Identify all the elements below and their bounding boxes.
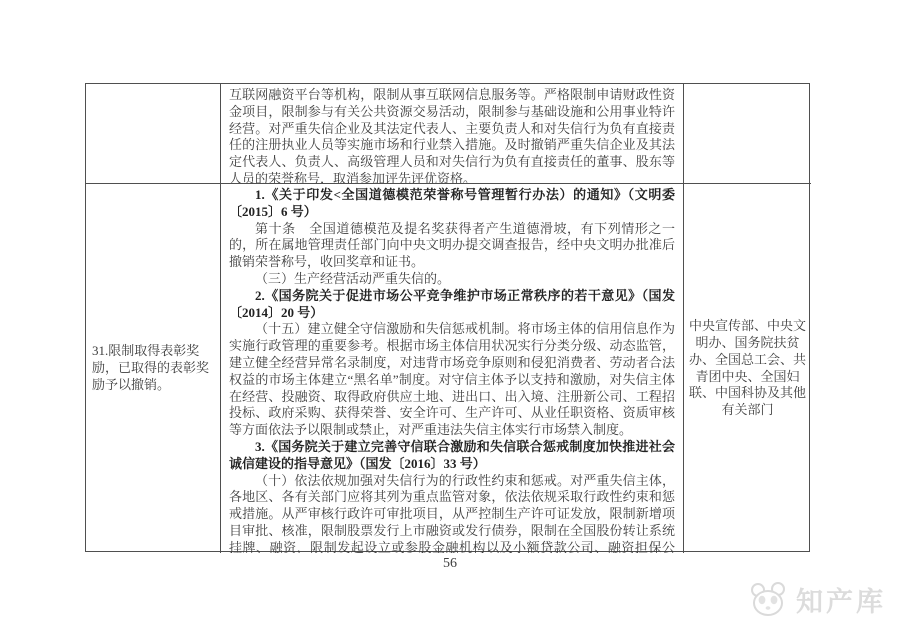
- basis-document-title: 2.《国务院关于促进市场公平竞争维护市场正常秩序的若干意见》（国发〔2014〕2…: [229, 288, 675, 322]
- measure-cell-row1: [86, 84, 221, 184]
- measure-text: 31.限制取得表彰奖励，已取得的表彰奖励予以撤销。: [92, 343, 214, 393]
- basis-paragraph: （三）生产经营活动严重失信的。: [229, 271, 675, 288]
- departments-cell-row2: 中央宣传部、中央文明办、国务院扶贫办、全国总工会、共青团中央、全国妇联、中国科协…: [684, 184, 811, 553]
- basis-paragraph: 第十条 全国道德模范及提名奖获得者产生道德滑坡，有下列情形之一的，所在属地管理责…: [229, 221, 675, 271]
- departments-text: 中央宣传部、中央文明办、国务院扶贫办、全国总工会、共青团中央、全国妇联、中国科协…: [689, 318, 806, 419]
- basis-document-title: 3.《国务院关于建立完善守信联合激励和失信联合惩戒制度加快推进社会诚信建设的指导…: [229, 439, 675, 473]
- departments-cell-row1: [684, 84, 811, 184]
- panda-logo-icon: [748, 582, 790, 618]
- basis-paragraph: （十）依法依规加强对失信行为的行政性约束和惩戒。对严重失信主体，各地区、各有关部…: [229, 473, 675, 553]
- page-number: 56: [0, 556, 900, 572]
- basis-paragraph: 互联网融资平台等机构，限制从事互联网信息服务等。严格限制申请财政性资金项目，限制…: [229, 87, 675, 184]
- watermark-text: 知产库: [796, 580, 886, 619]
- penalty-measures-table: 互联网融资平台等机构，限制从事互联网信息服务等。严格限制申请财政性资金项目，限制…: [85, 83, 810, 552]
- basis-paragraph: （十五）建立健全守信激励和失信惩戒机制。将市场主体的信用信息作为实施行政管理的重…: [229, 321, 675, 439]
- basis-document-title: 1.《关于印发<全国道德模范荣誉称号管理暂行办法）的通知》（文明委〔2015〕6…: [229, 187, 675, 221]
- basis-cell-row2: 1.《关于印发<全国道德模范荣誉称号管理暂行办法）的通知》（文明委〔2015〕6…: [221, 184, 684, 553]
- zhichanku-watermark: 知产库: [748, 580, 886, 619]
- basis-cell-row1: 互联网融资平台等机构，限制从事互联网信息服务等。严格限制申请财政性资金项目，限制…: [221, 84, 684, 184]
- document-page: 互联网融资平台等机构，限制从事互联网信息服务等。严格限制申请财政性资金项目，限制…: [0, 0, 900, 636]
- measure-cell-row2: 31.限制取得表彰奖励，已取得的表彰奖励予以撤销。: [86, 184, 221, 553]
